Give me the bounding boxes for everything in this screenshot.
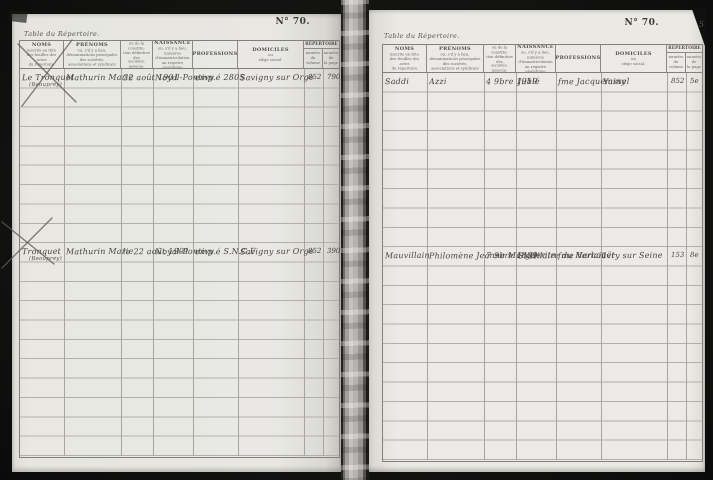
handwritten-repertoire-page: 5e	[690, 76, 699, 84]
register-page-left: Table du Répertoire. N° 70. NOMSinscrits…	[12, 14, 342, 472]
table-title: Table du Répertoire.	[24, 30, 100, 38]
header-cell-domiciles: DOMICILESou siège social.	[601, 45, 667, 72]
header-subtitle: inscrits en tête des feuilles des actes …	[384, 52, 425, 71]
scanned-register-spread: Table du Répertoire. N° 70. NOMSinscrits…	[0, 0, 713, 480]
column-rule	[121, 69, 122, 456]
header-title: RÉPERTOIRE	[667, 45, 702, 53]
column-rule	[667, 73, 668, 460]
handwritten-domiciles: Yussel	[603, 76, 630, 85]
column-rule	[64, 69, 65, 456]
register-page-right: Table du Répertoire. N° 70. 5 NOMSinscri…	[366, 10, 705, 472]
header-group-repertoire: RÉPERTOIREnuméro du volumenuméro de la p…	[304, 41, 339, 68]
handwritten-noms: Mauvillain	[385, 250, 430, 259]
header-subtitle: de naissance ou de la constitu- tion déf…	[485, 45, 514, 72]
column-rule	[238, 69, 239, 456]
handwritten-domiciles: Savigny sur Orge	[240, 246, 314, 256]
handwritten-repertoire-page: 390	[327, 247, 340, 255]
header-subtitle: ou, s'il y a lieu, dénominations princip…	[428, 52, 481, 71]
handwritten-lieu: Jublé	[518, 76, 540, 85]
page-corner-shadow	[8, 10, 27, 23]
header-subtitle: de naissance ou de la constitu- tion déf…	[122, 41, 151, 68]
handwritten-repertoire-volume: 852	[308, 72, 321, 80]
header-cell-date: DATEde naissance ou de la constitu- tion…	[484, 45, 516, 72]
header-group-repertoire: RÉPERTOIREnuméro du volumenuméro de la p…	[667, 45, 702, 72]
column-rule	[686, 73, 687, 460]
form-number-label: N° 70.	[275, 17, 310, 27]
column-rule	[153, 69, 154, 456]
header-cell-domiciles: DOMICILESou siège social.	[238, 41, 304, 68]
column-rule	[193, 69, 194, 456]
header-subtitle: ou, s'il y a lieu, numéros d'immatricula…	[517, 51, 554, 72]
header-cell-professions: PROFESSIONS	[556, 45, 601, 72]
table-title: Table du Répertoire.	[384, 32, 460, 40]
pencil-cross-mark	[0, 214, 58, 270]
handwritten-repertoire-page: 790	[327, 72, 340, 80]
column-rule	[601, 73, 602, 460]
header-cell-lieu: LIEU DE NAISSANCEou, s'il y a lieu, numé…	[516, 45, 556, 72]
handwritten-professions: fme Verlait	[558, 250, 605, 259]
header-cell-noms: NOMSinscrits en tête des feuilles des ac…	[383, 45, 427, 72]
column-rule	[516, 73, 517, 460]
header-subcolumn-label: numéro de la page	[686, 53, 702, 72]
table-header-row: NOMSinscrits en tête des feuilles des ac…	[383, 45, 702, 73]
header-subtitle: ou siège social.	[622, 57, 646, 66]
column-rule	[304, 69, 305, 456]
header-title: PROFESSIONS	[193, 51, 237, 57]
header-title: RÉPERTOIRE	[304, 41, 339, 49]
handwritten-noms: Saddi	[385, 76, 409, 85]
header-cell-lieu: LIEU DE NAISSANCEou, s'il y a lieu, numé…	[153, 41, 193, 68]
header-subtitle: ou siège social.	[259, 53, 283, 62]
handwritten-prenoms: Azzi	[429, 76, 447, 85]
handwritten-repertoire-page: 8e	[690, 251, 699, 259]
table-body: SaddiAzzi4 9bre 1919Jubléfme JacqueminyY…	[383, 73, 702, 460]
binding-tape	[341, 0, 369, 480]
header-subtitle: ou, s'il y a lieu, numéros d'immatricula…	[154, 47, 191, 68]
handwritten-repertoire-volume: 153	[671, 251, 684, 259]
column-rule	[484, 73, 485, 460]
header-subcolumn-label: numéro de la page	[323, 49, 339, 68]
header-subcolumns: numéro du volumenuméro de la page	[304, 49, 339, 68]
header-title: PROFESSIONS	[556, 55, 600, 61]
form-number-label: N° 70.	[624, 18, 659, 28]
header-subcolumn-label: numéro du volume	[304, 49, 323, 68]
column-rule	[556, 73, 557, 460]
table-body: Le TronquetMathurin Marie22 août 1901Noy…	[20, 69, 339, 456]
pencil-cross-mark	[16, 38, 80, 108]
header-subcolumn-label: numéro du volume	[667, 53, 686, 72]
header-cell-date: DATEde naissance ou de la constitu- tion…	[121, 41, 153, 68]
column-rule	[427, 73, 428, 460]
repertoire-table: NOMSinscrits en tête des feuilles des ac…	[382, 44, 703, 462]
handwritten-repertoire-volume: 852	[308, 247, 321, 255]
handwritten-folio-number: 5	[699, 20, 704, 29]
handwritten-domiciles: Savigny sur Orge	[240, 72, 314, 82]
handwritten-repertoire-volume: 852	[671, 76, 684, 84]
header-cell-professions: PROFESSIONS	[193, 41, 238, 68]
handwritten-domiciles: Ivry sur Seine	[603, 250, 663, 260]
page-corner-cut	[690, 9, 706, 49]
header-cell-prenoms: PRÉNOMSou, s'il y a lieu, dénominations …	[427, 45, 484, 72]
column-rule	[323, 69, 324, 456]
handwritten-professions: emp.é 2805	[195, 72, 245, 81]
header-subcolumns: numéro du volumenuméro de la page	[667, 53, 702, 72]
